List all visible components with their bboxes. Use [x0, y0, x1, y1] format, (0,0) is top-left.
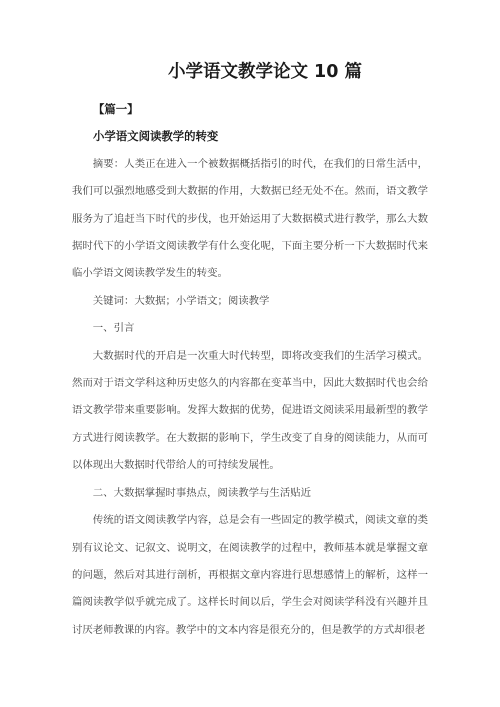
- article-title: 小学语文阅读教学的转变: [72, 123, 428, 150]
- section-two-paragraph: 传统的语文阅读教学内容，总是会有一些固定的教学模式，阅读文章的类别有议论文、记叙…: [72, 507, 428, 644]
- heading-introduction: 一、引言: [72, 315, 428, 342]
- section-label: 【篇一】: [72, 96, 428, 123]
- keywords-line: 关键词：大数据；小学语文；阅读教学: [72, 288, 428, 315]
- abstract-paragraph: 摘要：人类正在进入一个被数据概括指引的时代，在我们的日常生活中，我们可以强烈地感…: [72, 151, 428, 288]
- heading-section-two: 二、大数据掌握时事热点，阅读教学与生活贴近: [72, 480, 428, 507]
- document-page: 小学语文教学论文 10 篇 【篇一】 小学语文阅读教学的转变 摘要：人类正在进入…: [0, 0, 500, 707]
- introduction-paragraph: 大数据时代的开启是一次重大时代转型，即将改变我们的生活学习模式。然而对于语文学科…: [72, 343, 428, 480]
- document-title: 小学语文教学论文 10 篇: [72, 56, 428, 89]
